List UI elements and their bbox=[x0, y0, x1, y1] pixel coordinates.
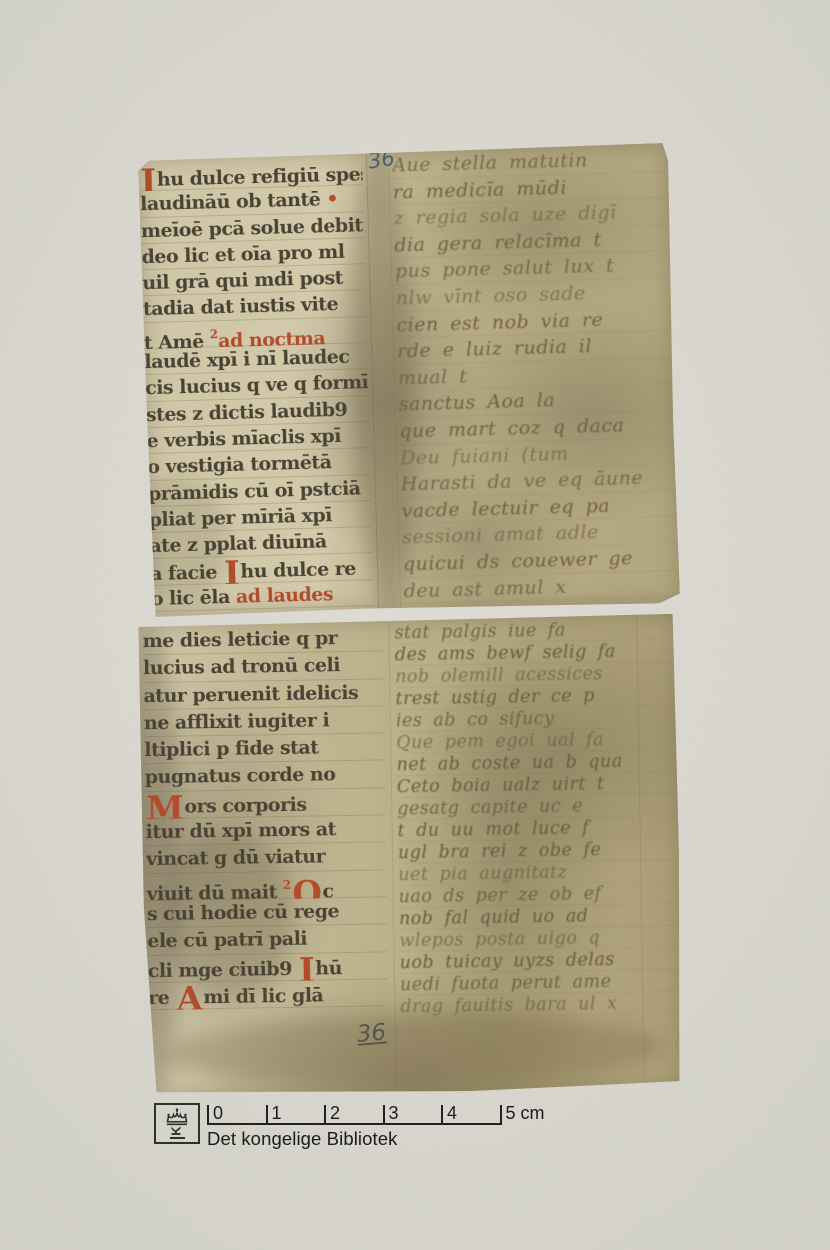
manuscript-fragment-bottom: me dies leticie q prlucius ad tronū celi… bbox=[138, 614, 682, 1096]
crown-icon bbox=[163, 1108, 191, 1126]
manuscript-line: itur dū xpī mors at bbox=[145, 815, 385, 846]
manuscript-line: cli mge ciuib9 Ihū bbox=[148, 952, 388, 983]
ruler-tick bbox=[500, 1105, 502, 1125]
manuscript-line: re Ami dī lic glā bbox=[148, 979, 388, 1010]
top-right-text-column: Aue stella matutinra medicīa mūdiz regia… bbox=[392, 145, 678, 604]
manuscript-line: drag fauitis bara ul x bbox=[400, 992, 678, 1018]
ruler-tick-label: 1 bbox=[272, 1103, 282, 1124]
ruler-tick-label: 3 bbox=[389, 1103, 399, 1124]
manuscript-line: s cui hodie cū rege bbox=[147, 897, 387, 928]
ruler-tick-label: 0 bbox=[213, 1103, 223, 1124]
ruler-tick bbox=[383, 1105, 385, 1125]
manuscript-fragment-top: Ihu dulce refigiū speslaudināū ob tantē … bbox=[138, 143, 680, 617]
manuscript-line: o lic ēla ad laudes bbox=[150, 580, 374, 612]
bottom-left-text-column: me dies leticie q prlucius ad tronū celi… bbox=[142, 624, 388, 1010]
ruler-tick-label: 2 bbox=[330, 1103, 340, 1124]
manuscript-line: pugnatus corde no bbox=[145, 761, 385, 792]
manuscript-line: me dies leticie q pr bbox=[142, 624, 382, 655]
ruler-tick bbox=[266, 1105, 268, 1125]
ruler-tick-label: 4 bbox=[447, 1103, 457, 1124]
kb-logo: K bbox=[154, 1103, 200, 1144]
rotated-k-icon: K bbox=[172, 1126, 182, 1135]
ruler: 012345 cm bbox=[207, 1102, 577, 1126]
ruler-tick bbox=[207, 1105, 209, 1125]
ruler-tick bbox=[324, 1105, 326, 1125]
manuscript-line: atur peruenit idelicis bbox=[143, 679, 383, 710]
top-left-text-column: Ihu dulce refigiū speslaudināū ob tantē … bbox=[139, 159, 374, 612]
ruler-tick-label: 5 cm bbox=[506, 1103, 545, 1124]
photo-canvas: Ihu dulce refigiū speslaudināū ob tantē … bbox=[0, 0, 830, 1250]
scale-bar: K 012345 cm Det kongelige Bibliotek bbox=[154, 1102, 584, 1152]
ruler-baseline bbox=[207, 1123, 502, 1125]
manuscript-line: ele cū patrī pali bbox=[147, 925, 387, 956]
library-name: Det kongelige Bibliotek bbox=[207, 1128, 398, 1150]
parchment-stain bbox=[165, 1010, 666, 1090]
ruler-tick bbox=[441, 1105, 443, 1125]
manuscript-line: lucius ad tronū celi bbox=[143, 652, 383, 683]
manuscript-line: viuit dū mait 2Oc bbox=[146, 870, 386, 901]
folio-number-bottom: 36 bbox=[356, 1019, 387, 1047]
logo-underline bbox=[170, 1137, 185, 1139]
bottom-right-text-column: stat palgis iue fades ams bewf selig fan… bbox=[394, 618, 678, 1018]
manuscript-line: ltiplici p fide stat bbox=[144, 734, 384, 765]
manuscript-line: vincat g dū viatur bbox=[146, 843, 386, 874]
manuscript-line: Mors corporis bbox=[145, 788, 385, 819]
manuscript-line: ne afflixit iugiter i bbox=[144, 706, 384, 737]
